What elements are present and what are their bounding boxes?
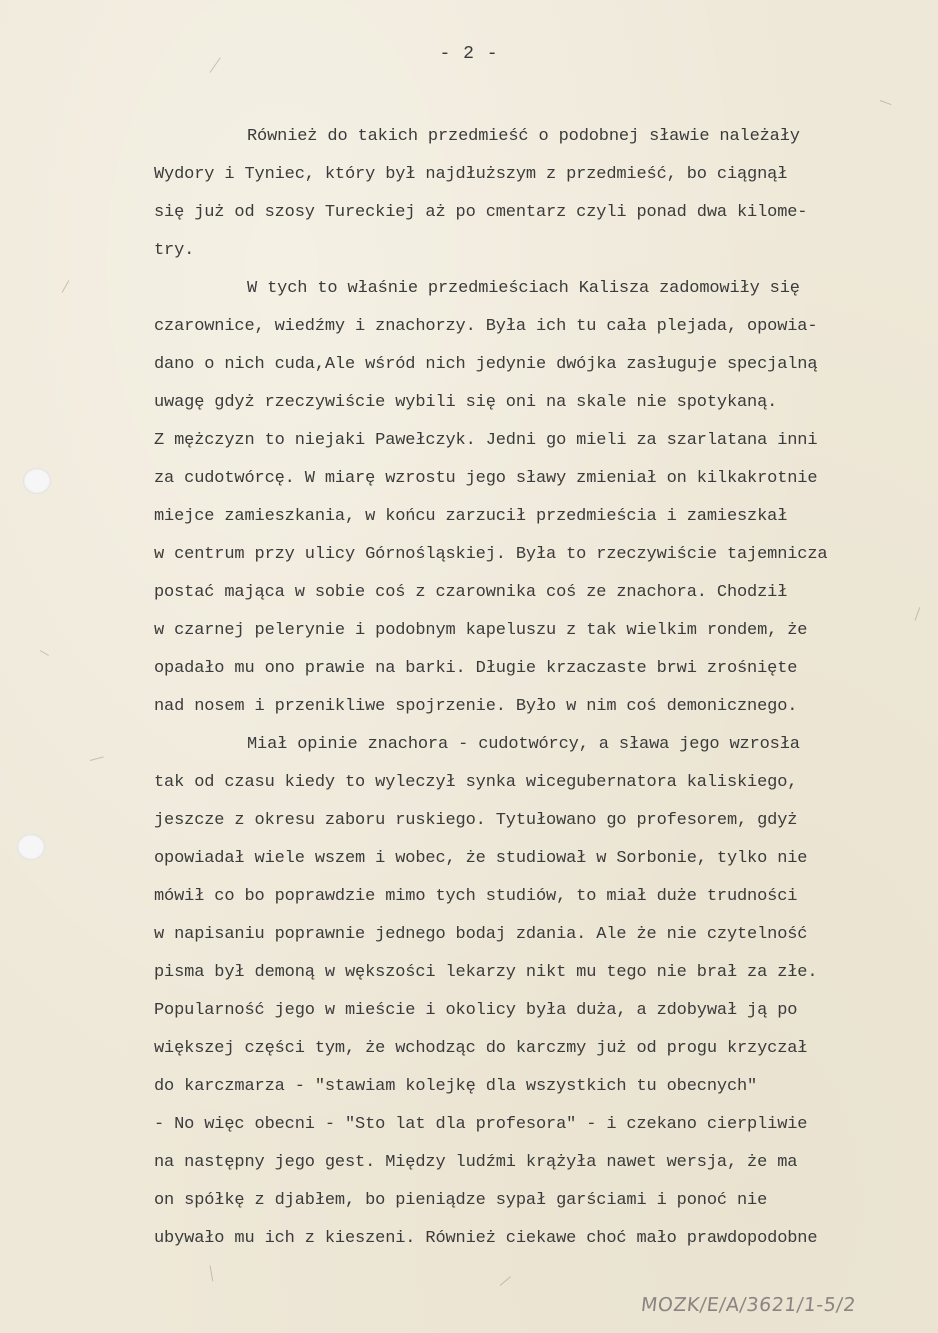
text-line: większej części tym, że wchodząc do karc…: [154, 1030, 807, 1068]
text-line: Wydory i Tyniec, który był najdłuższym z…: [154, 156, 787, 194]
text-line: Również do takich przedmieść o podobnej …: [247, 118, 800, 156]
paper-fiber: [915, 607, 921, 620]
text-line: tak od czasu kiedy to wyleczył synka wic…: [154, 764, 797, 802]
text-line: na następny jego gest. Między ludźmi krą…: [154, 1144, 797, 1182]
text-line: do karczmarza - "stawiam kolejkę dla wsz…: [154, 1068, 757, 1106]
text-line: czarownice, wiedźmy i znachorzy. Była ic…: [154, 308, 817, 346]
text-line: w napisaniu poprawnie jednego bodaj zdan…: [154, 916, 807, 954]
document-page: - 2 - Również do takich przedmieść o pod…: [0, 0, 938, 1333]
text-line: opowiadał wiele wszem i wobec, że studio…: [154, 840, 807, 878]
text-line: - No więc obecni - "Sto lat dla profesor…: [154, 1106, 807, 1144]
text-line: się już od szosy Tureckiej aż po cmentar…: [154, 194, 807, 232]
text-line: on spółkę z djabłem, bo pieniądze sypał …: [154, 1182, 767, 1220]
text-line: za cudotwórcę. W miarę wzrostu jego sław…: [154, 460, 817, 498]
paper-fiber: [500, 1276, 511, 1286]
text-line: opadało mu ono prawie na barki. Długie k…: [154, 650, 797, 688]
paper-fiber: [40, 650, 49, 656]
archive-signature: MOZK/E/A/3621/1-5/2: [640, 1294, 857, 1316]
text-line: pisma był demoną w wększości lekarzy nik…: [154, 954, 817, 992]
text-line: try.: [154, 232, 194, 270]
text-line: nad nosem i przenikliwe spojrzenie. Było…: [154, 688, 797, 726]
punch-hole: [17, 834, 45, 860]
text-line: mówił co bo poprawdzie mimo tych studiów…: [154, 878, 797, 916]
text-line: miejce zamieszkania, w końcu zarzucił pr…: [154, 498, 787, 536]
page-number: - 2 -: [0, 44, 938, 64]
text-line: dano o nich cuda,Ale wśród nich jedynie …: [154, 346, 817, 384]
paper-fiber: [880, 100, 892, 105]
text-line: postać mająca w sobie coś z czarownika c…: [154, 574, 787, 612]
text-line: jeszcze z okresu zaboru ruskiego. Tytuło…: [154, 802, 797, 840]
text-line: w czarnej pelerynie i podobnym kapeluszu…: [154, 612, 807, 650]
text-line: Z mężczyzn to niejaki Pawełczyk. Jedni g…: [154, 422, 817, 460]
text-line: W tych to właśnie przedmieściach Kalisza…: [247, 270, 800, 308]
text-line: w centrum przy ulicy Górnośląskiej. Była…: [154, 536, 827, 574]
text-line: Popularność jego w mieście i okolicy był…: [154, 992, 797, 1030]
paper-fiber: [62, 280, 70, 293]
text-line: uwagę gdyż rzeczywiście wybili się oni n…: [154, 384, 777, 422]
punch-hole: [23, 468, 51, 494]
text-line: ubywało mu ich z kieszeni. Również cieka…: [154, 1220, 817, 1258]
paper-fiber: [210, 1265, 214, 1281]
paper-fiber: [90, 756, 104, 761]
text-line: Miał opinie znachora - cudotwórcy, a sła…: [247, 726, 800, 764]
